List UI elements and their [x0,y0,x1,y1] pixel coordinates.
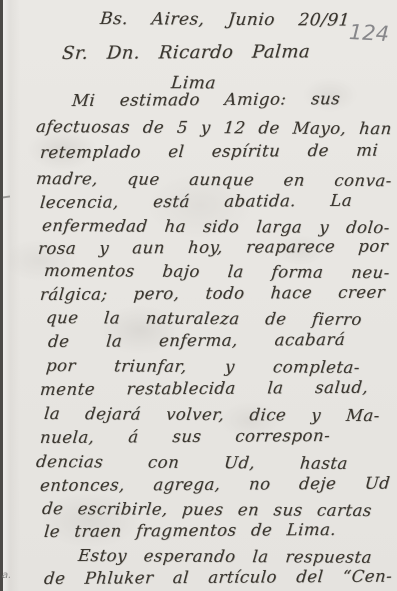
letter-recipient: Sr. Dn. Ricardo Palma [61,42,311,64]
letter-line: la dejará volver, dice y Ma- [43,405,381,426]
letter-dateline: Bs. Aires, Junio 20/91 [99,10,351,31]
letter-line: de la enferma, acabará [47,331,346,352]
letter-line: momentos bajo la forma neu- [43,262,391,283]
letter-line: de Phluker al artículo del “Cen- [43,568,393,589]
page-number: 124 [348,20,389,46]
scanned-letter-page: 124 a. Bs. Aires, Junio 20/91 Sr. Dn. Ri… [0,0,397,591]
letter-line: dencias con Ud, hasta [35,453,349,474]
letter-line: madre, que aunque en conva- [35,170,393,191]
page-edge-highlight [3,0,10,591]
letter-line: le traen fragmentos de Lima. [43,521,337,542]
letter-line: mente restablecida la salud, [39,379,369,400]
letter-line: por triunfar, y completa- [45,357,361,378]
letter-line: de escribirle, pues en sus cartas [41,500,373,521]
letter-line: afectuosas de 5 y 12 de Mayo, han [35,118,393,139]
letter-line: entonces, agrega, no deje Ud [39,475,391,496]
letter-line: rálgica; pero, todo hace creer [39,284,386,305]
letter-line: Mi estimado Amigo: sus [71,90,341,111]
letter-line: que la naturaleza de fierro [45,309,363,330]
letter-line: Estoy esperando la respuesta [77,547,373,568]
letter-line: nuela, á sus correspon- [39,427,331,448]
margin-pencil-mark: a. [2,570,11,581]
letter-line: rosa y aun hoy, reaparece por [37,238,389,259]
letter-line: enfermedad ha sido larga y dolo- [41,217,391,238]
letter-line: retemplado el espíritu de mi [39,142,379,163]
letter-line: lecencia, está abatida. La [39,192,353,213]
